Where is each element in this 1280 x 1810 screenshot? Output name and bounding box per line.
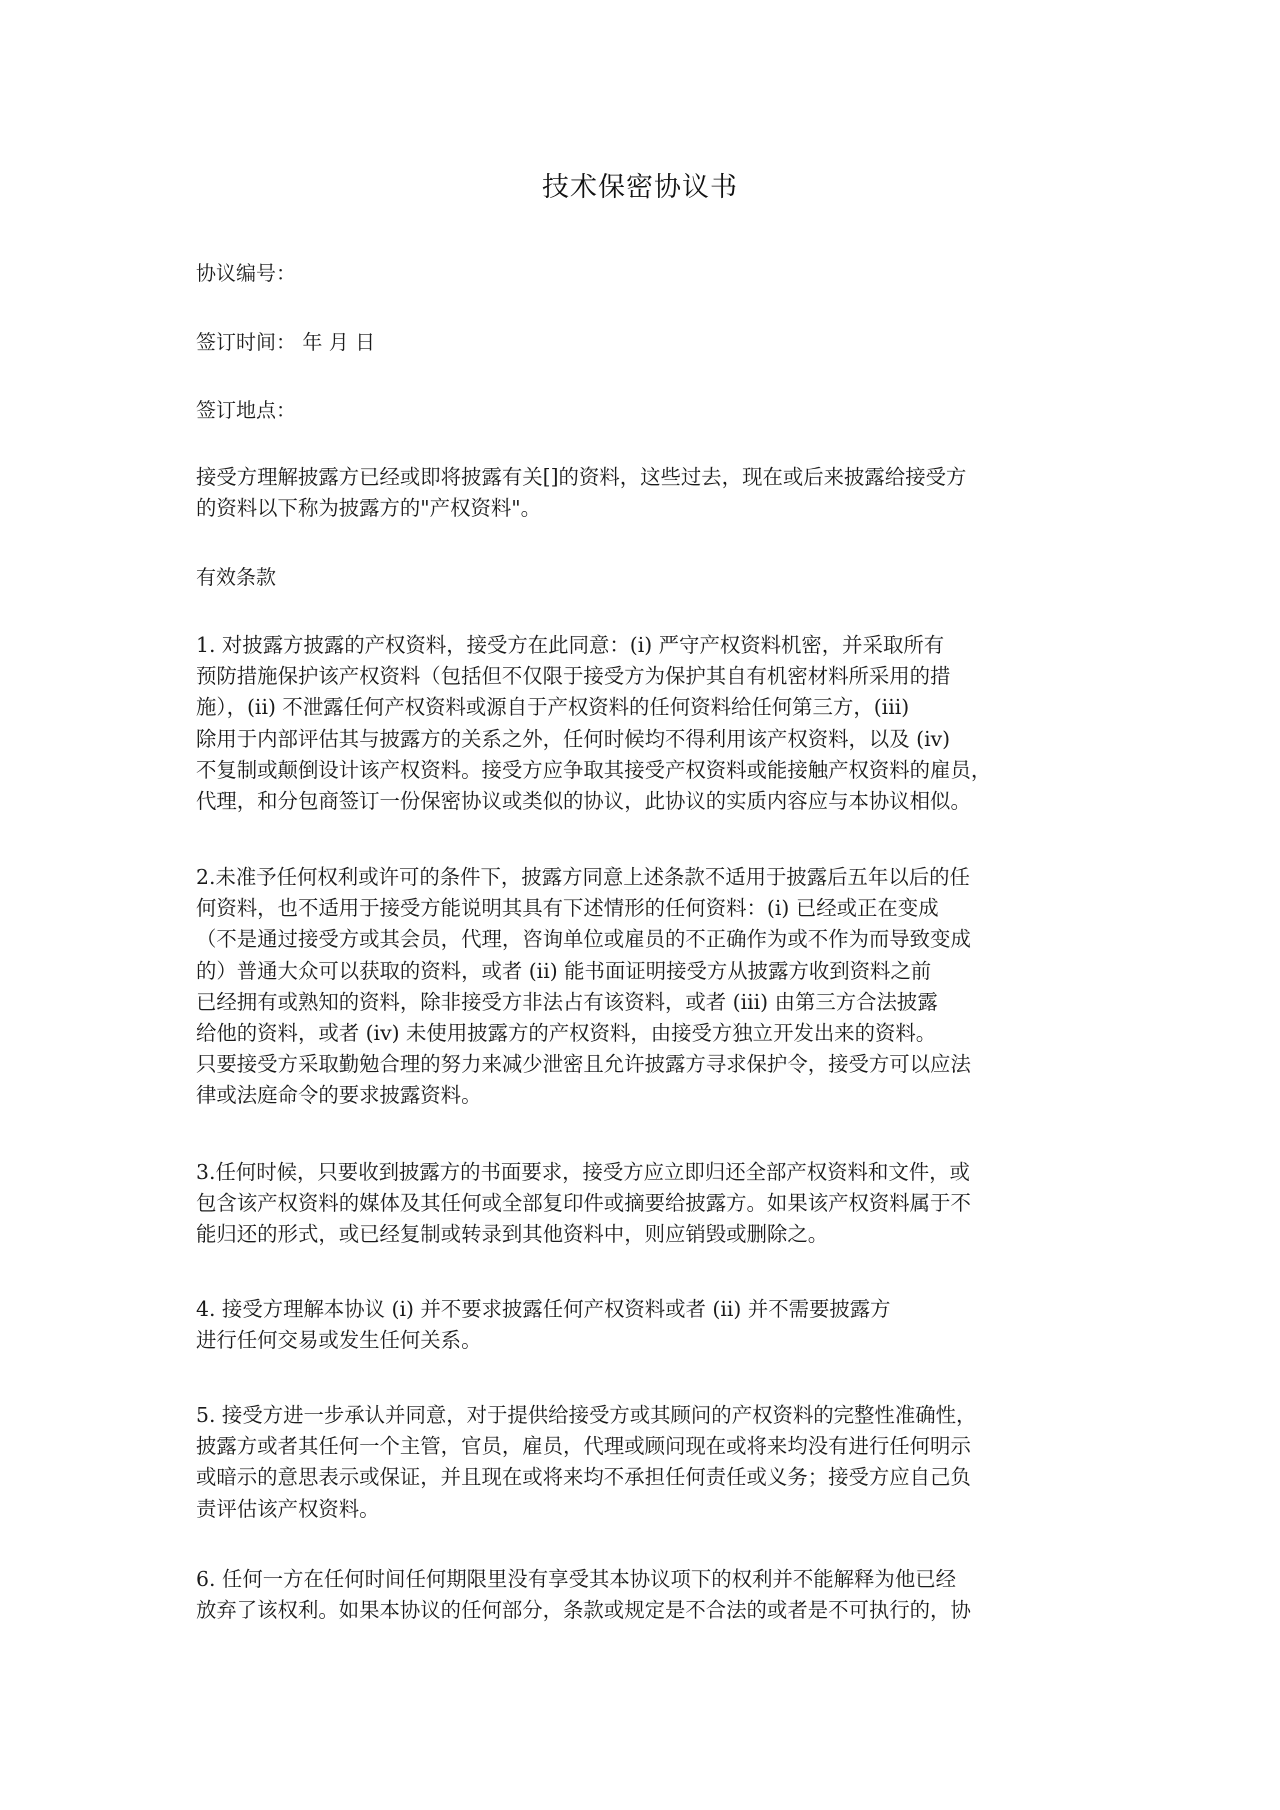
section-heading: 有效条款: [196, 562, 276, 592]
paragraph-line: 6. 任何一方在任何时间任何期限里没有享受其本协议项下的权利并不能解释为他已经: [196, 1564, 1096, 1595]
document-page: 技术保密协议书 协议编号： 签订时间： 年 月 日 签订地点： 接受方理解披露方…: [0, 0, 1280, 1810]
paragraph-line: 进行任何交易或发生任何关系。: [196, 1325, 1096, 1356]
paragraph-line: 施），(ii) 不泄露任何产权资料或源自于产权资料的任何资料给任何第三方，(ii…: [196, 692, 1096, 723]
paragraph-line: 的）普通大众可以获取的资料，或者 (ii) 能书面证明接受方从披露方收到资料之前: [196, 956, 1096, 987]
paragraph-line: 4. 接受方理解本协议 (i) 并不要求披露任何产权资料或者 (ii) 并不需要…: [196, 1294, 1096, 1325]
paragraph-line: 3.任何时候，只要收到披露方的书面要求，接受方应立即归还全部产权资料和文件，或: [196, 1157, 1096, 1188]
sign-place-field: 签订地点：: [196, 395, 296, 425]
paragraph-line: 的资料以下称为披露方的"产权资料"。: [196, 493, 1096, 524]
paragraph-line: 放弃了该权利。如果本协议的任何部分，条款或规定是不合法的或者是不可执行的，协: [196, 1595, 1096, 1626]
paragraph-line: 不复制或颠倒设计该产权资料。接受方应争取其接受产权资料或能接触产权资料的雇员，: [196, 755, 1096, 786]
paragraph-line: 给他的资料，或者 (iv) 未使用披露方的产权资料，由接受方独立开发出来的资料。: [196, 1018, 1096, 1049]
paragraph-line: 只要接受方采取勤勉合理的努力来减少泄密且允许披露方寻求保护令，接受方可以应法: [196, 1049, 1096, 1080]
paragraph-line: 1. 对披露方披露的产权资料，接受方在此同意：(i) 严守产权资料机密，并采取所…: [196, 630, 1096, 661]
paragraph-line: （不是通过接受方或其会员，代理，咨询单位或雇员的不正确作为或不作为而导致变成: [196, 924, 1096, 955]
paragraph-line: 接受方理解披露方已经或即将披露有关[]的资料，这些过去，现在或后来披露给接受方: [196, 462, 1096, 493]
clause-5: 5. 接受方进一步承认并同意，对于提供给接受方或其顾问的产权资料的完整性准确性，…: [196, 1400, 1096, 1525]
paragraph-line: 5. 接受方进一步承认并同意，对于提供给接受方或其顾问的产权资料的完整性准确性，: [196, 1400, 1096, 1431]
paragraph-line: 能归还的形式，或已经复制或转录到其他资料中，则应销毁或删除之。: [196, 1219, 1096, 1250]
clause-4: 4. 接受方理解本协议 (i) 并不要求披露任何产权资料或者 (ii) 并不需要…: [196, 1294, 1096, 1356]
paragraph-line: 责评估该产权资料。: [196, 1494, 1096, 1525]
paragraph-line: 或暗示的意思表示或保证，并且现在或将来均不承担任何责任或义务；接受方应自己负: [196, 1462, 1096, 1493]
intro-paragraph: 接受方理解披露方已经或即将披露有关[]的资料，这些过去，现在或后来披露给接受方 …: [196, 462, 1096, 524]
clause-6: 6. 任何一方在任何时间任何期限里没有享受其本协议项下的权利并不能解释为他已经 …: [196, 1564, 1096, 1626]
paragraph-line: 代理，和分包商签订一份保密协议或类似的协议，此协议的实质内容应与本协议相似。: [196, 786, 1096, 817]
paragraph-line: 2.未准予任何权利或许可的条件下，披露方同意上述条款不适用于披露后五年以后的任: [196, 862, 1096, 893]
paragraph-line: 律或法庭命令的要求披露资料。: [196, 1080, 1096, 1111]
paragraph-line: 包含该产权资料的媒体及其任何或全部复印件或摘要给披露方。如果该产权资料属于不: [196, 1188, 1096, 1219]
agreement-number-field: 协议编号：: [196, 258, 296, 288]
paragraph-line: 预防措施保护该产权资料（包括但不仅限于接受方为保护其自有机密材料所采用的措: [196, 661, 1096, 692]
paragraph-line: 已经拥有或熟知的资料，除非接受方非法占有该资料，或者 (iii) 由第三方合法披…: [196, 987, 1096, 1018]
clause-2: 2.未准予任何权利或许可的条件下，披露方同意上述条款不适用于披露后五年以后的任 …: [196, 862, 1096, 1112]
document-title: 技术保密协议书: [0, 168, 1280, 208]
clause-3: 3.任何时候，只要收到披露方的书面要求，接受方应立即归还全部产权资料和文件，或 …: [196, 1157, 1096, 1251]
paragraph-line: 除用于内部评估其与披露方的关系之外，任何时候均不得利用该产权资料，以及 (iv): [196, 724, 1096, 755]
sign-date-field: 签订时间： 年 月 日: [196, 327, 375, 357]
paragraph-line: 何资料，也不适用于接受方能说明其具有下述情形的任何资料：(i) 已经或正在变成: [196, 893, 1096, 924]
clause-1: 1. 对披露方披露的产权资料，接受方在此同意：(i) 严守产权资料机密，并采取所…: [196, 630, 1096, 817]
paragraph-line: 披露方或者其任何一个主管，官员，雇员，代理或顾问现在或将来均没有进行任何明示: [196, 1431, 1096, 1462]
